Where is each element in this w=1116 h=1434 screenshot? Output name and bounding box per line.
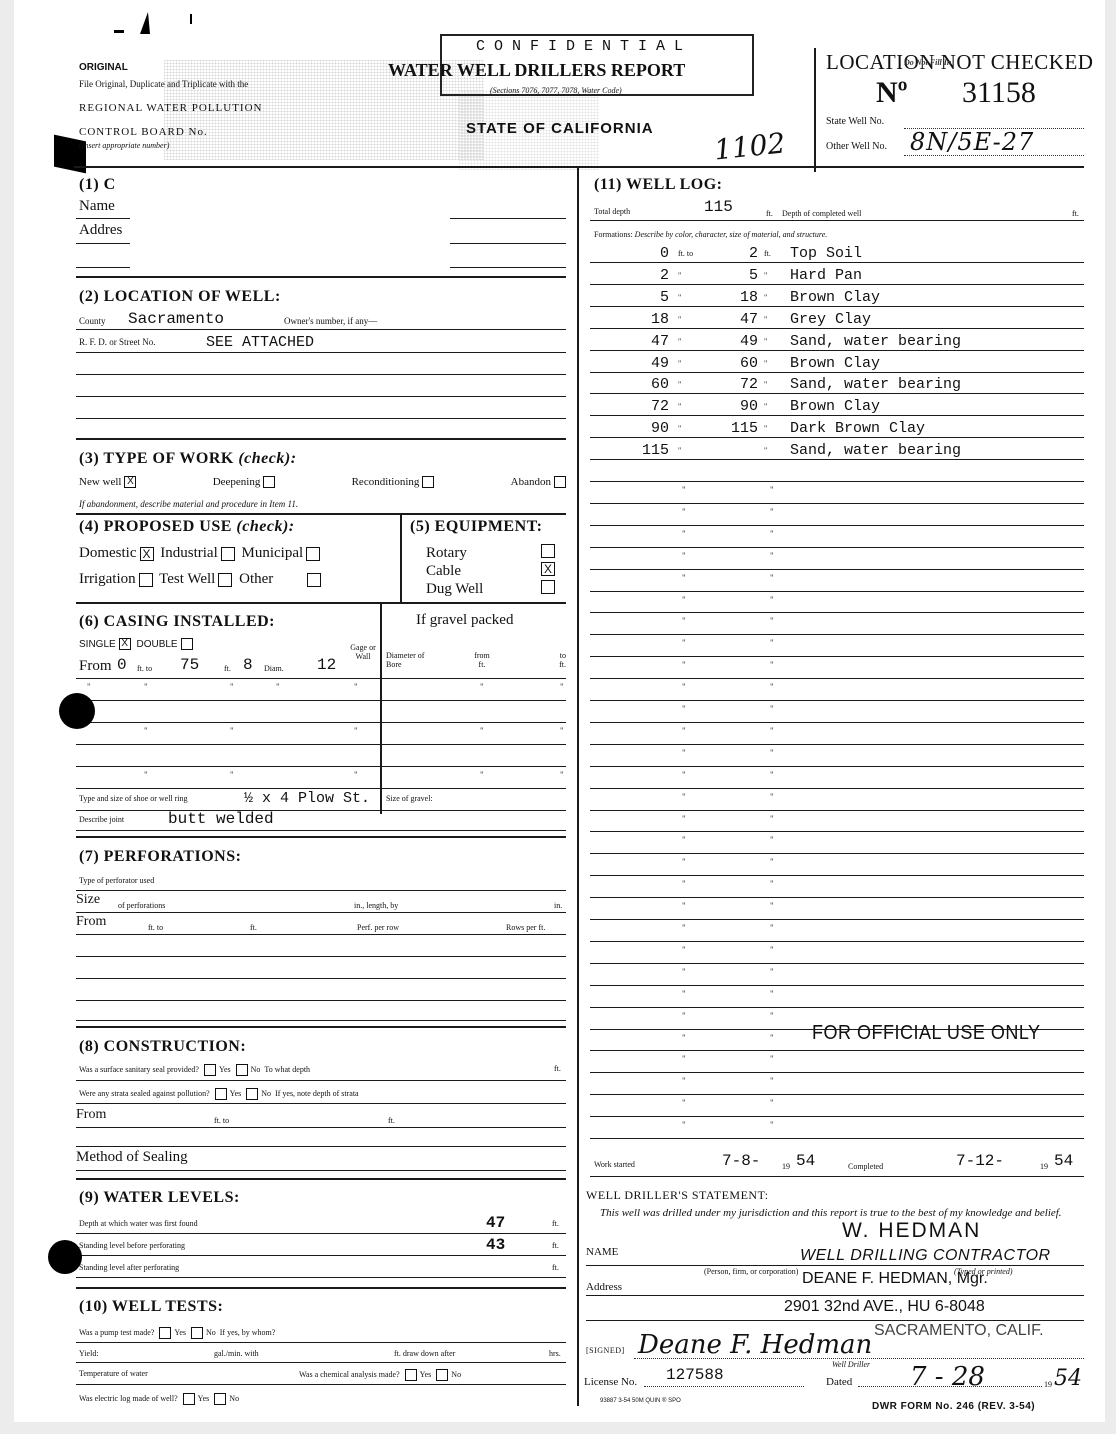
- checkbox-test-well[interactable]: [218, 573, 232, 587]
- ditto-mark: ": [682, 814, 686, 824]
- ditto-mark: ": [770, 879, 774, 889]
- owner-number-label: Owner's number, if any—: [284, 316, 377, 326]
- ditto-mark: ": [230, 770, 234, 780]
- section-4-title: (4) PROPOSED USE: [79, 518, 232, 535]
- checkbox-pump-no[interactable]: [191, 1327, 203, 1339]
- well-log-description[interactable]: Brown Clay: [790, 355, 880, 372]
- ditto-mark: ": [770, 1076, 774, 1086]
- ditto-mark: ": [770, 748, 774, 758]
- section-8-heading: (8) CONSTRUCTION:: [79, 1038, 246, 1056]
- total-depth-ft: ft.: [766, 209, 773, 218]
- scan-mark: [114, 30, 124, 33]
- signed-label: [SIGNED]: [586, 1346, 625, 1355]
- ditto-mark: ": [682, 1054, 686, 1064]
- ditto-mark: ": [682, 1120, 686, 1130]
- option-dug-well[interactable]: Dug Well: [426, 580, 558, 598]
- total-depth-value[interactable]: 115: [704, 198, 733, 216]
- ditto-mark: ": [678, 380, 681, 389]
- well-log-row-line: [590, 547, 1084, 548]
- temperature-line: [76, 1384, 566, 1385]
- ditto-mark: ": [560, 682, 564, 692]
- well-log-row-line: [590, 700, 1084, 701]
- state-well-label: State Well No.: [826, 116, 884, 127]
- ditto-mark: ": [770, 770, 774, 780]
- dated-label: Dated: [826, 1376, 852, 1388]
- ditto-mark: ": [682, 879, 686, 889]
- chemical-analysis-row: Was a chemical analysis made? Yes No: [299, 1369, 461, 1381]
- checkbox-chem-no[interactable]: [436, 1369, 448, 1381]
- well-log-from[interactable]: 18: [629, 311, 669, 328]
- section-rule: [76, 602, 566, 604]
- well-log-row-line: [590, 1050, 1084, 1051]
- well-log-row-line: [590, 853, 1084, 854]
- well-log-row-line: [590, 985, 1084, 986]
- well-log-to[interactable]: 49: [718, 333, 758, 350]
- punch-hole: [48, 1240, 82, 1274]
- ditto-mark: ": [682, 638, 686, 648]
- seal-line: [76, 1080, 566, 1081]
- after-ft: ft.: [552, 1263, 559, 1272]
- section-4-heading: (4) PROPOSED USE (check):: [79, 518, 295, 536]
- address-label: Addres: [79, 222, 122, 239]
- single-double-row: SINGLEX DOUBLE: [79, 638, 196, 650]
- construction-line: [76, 1146, 566, 1147]
- ditto-mark: ": [682, 967, 686, 977]
- well-log-row-line: [590, 591, 1084, 592]
- before-perforating-value[interactable]: 43: [486, 1236, 505, 1254]
- ditto-mark: ": [682, 792, 686, 802]
- option-industrial[interactable]: Industrial: [160, 545, 238, 561]
- perf-ft-label: ft.: [250, 923, 257, 932]
- well-log-description[interactable]: Hard Pan: [790, 267, 862, 284]
- person-firm-caption: (Person, firm, or corporation): [704, 1267, 798, 1276]
- option-rotary[interactable]: Rotary: [426, 544, 558, 562]
- ditto-mark: ": [144, 682, 148, 692]
- perf-from-label: From: [76, 914, 106, 930]
- ditto-mark: ": [770, 945, 774, 955]
- well-log-description[interactable]: Sand, water bearing: [790, 442, 961, 459]
- ditto-mark: ": [682, 660, 686, 670]
- ditto-mark: ": [678, 315, 681, 324]
- well-log-to[interactable]: 5: [718, 267, 758, 284]
- well-log-row-line: [590, 306, 1084, 307]
- size-label: Size: [76, 892, 100, 908]
- section-10-heading: (10) WELL TESTS:: [79, 1298, 223, 1316]
- ditto-mark: ": [682, 485, 686, 495]
- checkbox-seal-no[interactable]: [236, 1064, 248, 1076]
- pump-test-row: Was a pump test made? Yes No If yes, by …: [79, 1327, 275, 1339]
- well-log-row-line: [590, 766, 1084, 767]
- strata-question-row: Were any strata sealed against pollution…: [79, 1088, 359, 1100]
- well-log-row-line: [590, 481, 1084, 482]
- statement-text: This well was drilled under my jurisdict…: [586, 1206, 1086, 1220]
- well-log-row-line: [590, 612, 1084, 613]
- section-2-heading: (2) LOCATION OF WELL:: [79, 288, 281, 306]
- well-log-from[interactable]: 0: [629, 245, 669, 262]
- other-well-value[interactable]: 8N/5E-27: [910, 128, 1034, 156]
- ditto-mark: ": [770, 660, 774, 670]
- well-log-row-line: [590, 1007, 1084, 1008]
- option-single[interactable]: SINGLEX: [79, 639, 134, 650]
- well-log-to[interactable]: 90: [718, 398, 758, 415]
- well-log-to[interactable]: 72: [718, 376, 758, 393]
- ditto-mark: ": [144, 726, 148, 736]
- file-instruction: File Original, Duplicate and Triplicate …: [79, 79, 248, 89]
- checkbox-single[interactable]: X: [119, 638, 131, 650]
- ditto-mark: ": [678, 293, 681, 302]
- signature-line: [634, 1358, 1084, 1359]
- name-value[interactable]: WELL DRILLING CONTRACTOR: [800, 1247, 1051, 1265]
- control-board-label: CONTROL BOARD No.: [79, 126, 208, 138]
- of-perforations-label: of perforations: [118, 901, 165, 910]
- gravel-heading: If gravel packed: [416, 612, 513, 629]
- ditto-mark: ": [770, 814, 774, 824]
- perf-row-line: [76, 978, 566, 979]
- before-ft: ft.: [552, 1241, 559, 1250]
- ditto-mark: ": [354, 682, 358, 692]
- checkbox-dug-well[interactable]: [541, 580, 555, 594]
- printer-mark: 93887 3-54 50M QUIN ® SPO: [600, 1398, 681, 1404]
- checkbox-strata-no[interactable]: [246, 1088, 258, 1100]
- well-log-to[interactable]: 18: [718, 289, 758, 306]
- street-value[interactable]: SEE ATTACHED: [206, 334, 314, 351]
- before-perforating-label: Standing level before perforating: [79, 1241, 185, 1250]
- rows-per-ft-label: Rows per ft.: [506, 923, 545, 932]
- ditto-mark: ": [682, 945, 686, 955]
- address-label: Address: [586, 1281, 622, 1293]
- casing-row-line: [76, 678, 566, 679]
- checkbox-abandon[interactable]: [554, 476, 566, 488]
- well-log-description[interactable]: Brown Clay: [790, 398, 880, 415]
- option-abandon[interactable]: Abandon: [511, 476, 569, 488]
- checkbox-pump-yes[interactable]: [159, 1327, 171, 1339]
- well-log-row-line: [590, 919, 1084, 920]
- section-rule: [76, 276, 566, 278]
- ditto-mark: ": [678, 271, 681, 280]
- work-dates-line: [590, 1176, 1084, 1177]
- well-log-from[interactable]: 60: [629, 376, 669, 393]
- checkbox-elog-no[interactable]: [214, 1393, 226, 1405]
- signature[interactable]: Deane F. Hedman: [638, 1330, 872, 1360]
- well-log-row-line: [590, 788, 1084, 789]
- well-log-row-line: [590, 831, 1084, 832]
- well-driller-caption: Well Driller: [832, 1360, 870, 1369]
- size-line: [76, 912, 566, 913]
- equipment-options: Rotary CableX Dug Well: [426, 544, 558, 598]
- well-log-description[interactable]: Sand, water bearing: [790, 333, 961, 350]
- to-ft-label: to ft.: [552, 651, 566, 669]
- well-log-description[interactable]: Grey Clay: [790, 311, 871, 328]
- ditto-mark: ": [770, 551, 774, 561]
- other-well-label: Other Well No.: [826, 141, 887, 152]
- well-log-row-line: [590, 963, 1084, 964]
- ditto-mark: ": [770, 835, 774, 845]
- ditto-mark: ": [770, 1011, 774, 1021]
- checkbox-strata-yes[interactable]: [215, 1088, 227, 1100]
- ditto-mark: ": [682, 989, 686, 999]
- ditto-mark: ": [770, 573, 774, 583]
- ft-label: ft.: [764, 249, 771, 258]
- well-log-row-line: [590, 1116, 1084, 1117]
- checkbox-deepening[interactable]: [263, 476, 275, 488]
- first-found-ft: ft.: [552, 1219, 559, 1228]
- checkbox-other[interactable]: [307, 573, 321, 587]
- well-log-to[interactable]: 60: [718, 355, 758, 372]
- do-not-fill-note: Do Not Fill In: [904, 58, 951, 67]
- casing-ft-to-label: ft. to: [137, 664, 152, 673]
- well-log-from[interactable]: 49: [629, 355, 669, 372]
- casing-row-line: [76, 744, 566, 745]
- seal-ft-label: ft.: [554, 1064, 561, 1073]
- ditto-mark: ": [764, 359, 767, 368]
- license-line: [644, 1386, 804, 1387]
- well-log-description[interactable]: Sand, water bearing: [790, 376, 961, 393]
- casing-row-line: [76, 700, 566, 701]
- well-log-row-line: [590, 1094, 1084, 1095]
- casing-from-value[interactable]: 0: [117, 656, 127, 674]
- completed-year-prefix: 19: [1040, 1162, 1048, 1171]
- ditto-mark: ": [770, 485, 774, 495]
- total-depth-label: Total depth: [594, 207, 630, 216]
- header-right-divider: [814, 48, 816, 172]
- use-equipment-divider: [400, 513, 402, 603]
- section-3-heading: (3) TYPE OF WORK (check):: [79, 450, 297, 468]
- ditto-mark: ": [770, 726, 774, 736]
- checkbox-chem-yes[interactable]: [405, 1369, 417, 1381]
- ditto-mark: ": [560, 726, 564, 736]
- construction-ft-to: ft. to: [214, 1116, 229, 1125]
- casing-ft-value[interactable]: 8: [243, 656, 253, 674]
- column-divider: [577, 166, 579, 1406]
- joint-value[interactable]: butt welded: [168, 810, 274, 828]
- completed-depth-ft: ft.: [1072, 209, 1079, 218]
- checkbox-irrigation[interactable]: [139, 573, 153, 587]
- well-log-row-line: [590, 372, 1084, 373]
- use-row-1: DomesticX Industrial Municipal: [79, 545, 323, 562]
- section-1-heading: (1) C: [79, 176, 116, 194]
- well-log-row-line: [590, 1138, 1084, 1139]
- casing-to-value[interactable]: 75: [180, 656, 199, 674]
- ditto-mark: ": [87, 682, 91, 692]
- well-log-to[interactable]: 115: [718, 420, 758, 437]
- official-use-stamp: FOR OFFICIAL USE ONLY: [812, 1020, 1041, 1044]
- ditto-mark: ": [354, 726, 358, 736]
- ditto-mark: ": [770, 616, 774, 626]
- option-test-well[interactable]: Test Well: [159, 571, 235, 587]
- joint-label: Describe joint: [79, 815, 124, 824]
- other-well-underline: [904, 155, 1084, 156]
- method-line[interactable]: [76, 1170, 566, 1171]
- completed-label: Completed: [848, 1162, 883, 1171]
- driller-name-stamp: W. HEDMAN: [842, 1219, 981, 1243]
- section-6-heading: (6) CASING INSTALLED:: [79, 613, 275, 631]
- well-log-from[interactable]: 5: [629, 289, 669, 306]
- section-7-heading: (7) PERFORATIONS:: [79, 848, 241, 866]
- construction-from-label: From: [76, 1107, 106, 1123]
- well-log-row-line: [590, 656, 1084, 657]
- first-found-line: [76, 1233, 566, 1234]
- redaction-white: [130, 178, 450, 274]
- well-log-description[interactable]: Brown Clay: [790, 289, 880, 306]
- well-log-to[interactable]: 47: [718, 311, 758, 328]
- well-drillers-report-page: ORIGINAL File Original, Duplicate and Tr…: [14, 0, 1105, 1422]
- handwritten-number: 1102: [712, 126, 786, 166]
- ditto-mark: ": [682, 1011, 686, 1021]
- ditto-mark: ": [770, 595, 774, 605]
- first-found-value[interactable]: 47: [486, 1214, 505, 1232]
- county-value[interactable]: Sacramento: [128, 310, 224, 328]
- yield-label: Yield:: [79, 1349, 99, 1358]
- address-line-1[interactable]: DEANE F. HEDMAN, Mgr.: [802, 1270, 988, 1288]
- address-line-3[interactable]: SACRAMENTO, CALIF.: [874, 1322, 1044, 1340]
- perf-ft-to-label: ft. to: [148, 923, 163, 932]
- option-cable[interactable]: CableX: [426, 562, 558, 580]
- checkbox-reconditioning[interactable]: [422, 476, 434, 488]
- casing-gage-value[interactable]: 12: [317, 656, 336, 674]
- street-line: [76, 352, 566, 353]
- checkbox-industrial[interactable]: [221, 547, 235, 561]
- well-log-row-line: [590, 284, 1084, 285]
- dated-year[interactable]: 54: [1054, 1366, 1082, 1391]
- option-deepening[interactable]: Deepening: [213, 476, 279, 488]
- well-log-row-line: [590, 437, 1084, 438]
- report-title: WATER WELL DRILLERS REPORT: [388, 60, 685, 81]
- ditto-mark: ": [770, 967, 774, 977]
- ditto-mark: ": [770, 638, 774, 648]
- casing-diam-label: Diam.: [264, 664, 284, 673]
- shoe-label: Type and size of shoe or well ring: [79, 794, 188, 803]
- well-log-description[interactable]: Top Soil: [790, 245, 862, 262]
- section-9-heading: (9) WATER LEVELS:: [79, 1189, 240, 1207]
- ditto-mark: ": [682, 507, 686, 517]
- casing-row-line: [76, 722, 566, 723]
- blank-line: [76, 396, 566, 397]
- punch-hole: [59, 693, 95, 729]
- well-log-from[interactable]: 47: [629, 333, 669, 350]
- first-found-label: Depth at which water was first found: [79, 1219, 198, 1228]
- total-depth-line: [590, 220, 1084, 221]
- ditto-mark: ": [770, 1033, 774, 1043]
- address-line: [586, 1320, 1084, 1321]
- insert-number-note: (Insert appropriate number): [79, 141, 169, 150]
- ditto-mark: ": [770, 857, 774, 867]
- option-domestic[interactable]: DomesticX: [79, 545, 157, 561]
- gravel-divider: [380, 602, 382, 814]
- ditto-mark: ": [354, 770, 358, 780]
- ditto-mark: ": [682, 529, 686, 539]
- construction-line: [76, 1127, 566, 1128]
- option-municipal[interactable]: Municipal: [242, 545, 324, 561]
- checkbox-new-well[interactable]: X: [124, 476, 136, 488]
- shoe-line: [76, 810, 566, 811]
- checkbox-rotary[interactable]: [541, 544, 555, 558]
- dated-value[interactable]: 7 - 28: [910, 1362, 985, 1392]
- perf-per-row-label: Perf. per row: [357, 923, 399, 932]
- well-log-from[interactable]: 2: [629, 267, 669, 284]
- report-number: 31158: [962, 76, 1036, 110]
- well-log-row-line: [590, 503, 1084, 504]
- ditto-mark: ": [682, 726, 686, 736]
- work-started-year[interactable]: 54: [796, 1152, 815, 1170]
- checkbox-municipal[interactable]: [306, 547, 320, 561]
- ditto-mark: ": [764, 293, 767, 302]
- ditto-mark: ": [144, 770, 148, 780]
- location-not-checked-stamp: LOCATION NOT CHECKED: [826, 50, 1093, 75]
- perf-row-line: [76, 1020, 566, 1021]
- ditto-mark: ": [678, 337, 681, 346]
- strata-line: [76, 1103, 566, 1104]
- from-ft-label: from ft.: [470, 651, 494, 669]
- ditto-mark: ": [770, 1098, 774, 1108]
- shoe-value[interactable]: ½ x 4 Plow St.: [244, 790, 370, 807]
- checkbox-domestic[interactable]: X: [140, 547, 154, 561]
- abandonment-note: If abandonment, describe material and pr…: [79, 499, 298, 509]
- ditto-mark: ": [682, 595, 686, 605]
- well-log-row-line: [590, 415, 1084, 416]
- address-line-2[interactable]: 2901 32nd AVE., HU 6-8048: [784, 1298, 985, 1316]
- license-value[interactable]: 127588: [666, 1366, 724, 1384]
- checkbox-elog-yes[interactable]: [183, 1393, 195, 1405]
- perf-row-line: [76, 934, 566, 935]
- after-perforating-label: Standing level after perforating: [79, 1263, 179, 1272]
- checkbox-double[interactable]: [181, 638, 193, 650]
- well-log-from[interactable]: 115: [629, 442, 669, 459]
- ditto-mark: ": [770, 792, 774, 802]
- well-log-row-line: [590, 525, 1084, 526]
- option-irrigation[interactable]: Irrigation: [79, 571, 156, 587]
- well-log-description[interactable]: Dark Brown Clay: [790, 420, 925, 437]
- ditto-mark: ": [682, 923, 686, 933]
- well-log-to[interactable]: 2: [718, 245, 758, 262]
- type-of-work-options: New wellX Deepening Reconditioning Aband…: [79, 476, 569, 488]
- file-instruction: REGIONAL WATER POLLUTION: [79, 102, 262, 114]
- ditto-mark: ": [682, 901, 686, 911]
- well-log-row-line: [590, 1029, 1084, 1030]
- checkbox-seal-yes[interactable]: [204, 1064, 216, 1076]
- ditto-mark: ": [678, 424, 681, 433]
- ditto-mark: ": [764, 402, 767, 411]
- completed-value[interactable]: 7-12-: [956, 1152, 1004, 1170]
- form-number: DWR FORM No. 246 (REV. 3-54): [872, 1401, 1035, 1412]
- ditto-mark: ": [764, 315, 767, 324]
- in-length-by-label: in., length, by: [354, 901, 398, 910]
- ditto-mark: ": [770, 704, 774, 714]
- work-started-value[interactable]: 7-8-: [722, 1152, 760, 1170]
- ditto-mark: ": [764, 337, 767, 346]
- use-row-2: Irrigation Test Well Other: [79, 571, 324, 588]
- option-double[interactable]: DOUBLE: [136, 639, 195, 650]
- statement-heading: WELL DRILLER'S STATEMENT:: [586, 1188, 769, 1203]
- well-log-row-line: [590, 722, 1084, 723]
- casing-from-label: From: [79, 658, 112, 675]
- electric-log-row: Was electric log made of well? Yes No: [79, 1393, 239, 1405]
- well-log-row-line: [590, 941, 1084, 942]
- well-log-row-line: [590, 897, 1084, 898]
- option-new-well[interactable]: New wellX: [79, 476, 139, 488]
- checkbox-cable[interactable]: X: [541, 562, 555, 576]
- option-reconditioning[interactable]: Reconditioning: [352, 476, 438, 488]
- section-3-title: (3) TYPE OF WORK: [79, 450, 234, 467]
- well-log-from[interactable]: 72: [629, 398, 669, 415]
- option-other[interactable]: Other: [239, 571, 324, 587]
- completed-year[interactable]: 54: [1054, 1152, 1073, 1170]
- county-line: [76, 329, 566, 330]
- county-label: County: [79, 316, 106, 326]
- yield-line: [76, 1362, 566, 1363]
- well-log-from[interactable]: 90: [629, 420, 669, 437]
- in-label: in.: [554, 901, 562, 910]
- section-5-heading: (5) EQUIPMENT:: [410, 518, 542, 536]
